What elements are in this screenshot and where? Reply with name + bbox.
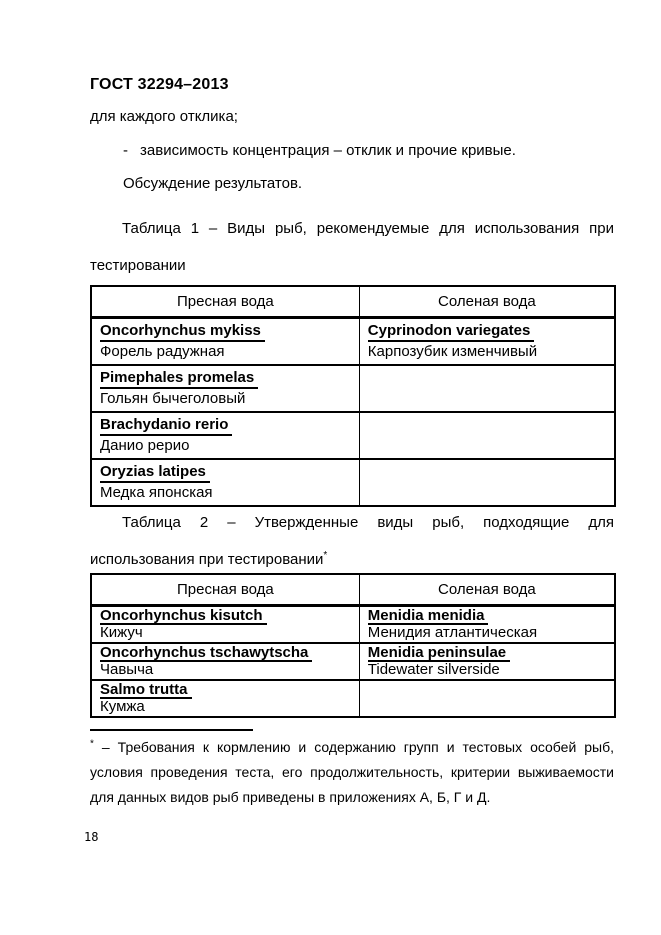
table1-caption: Таблица 1 – Виды рыб, рекомендуемые для …: [90, 210, 614, 284]
freshwater-cell: Pimephales promelas Гольян бычеголовый: [91, 365, 359, 412]
document-header: ГОСТ 32294–2013: [90, 76, 229, 94]
page-number: 18: [84, 830, 98, 844]
table-row: Oryzias latipes Медка японская: [91, 459, 615, 506]
table-row: Salmo trutta Кумжа: [91, 680, 615, 717]
saltwater-cell: Cyprinodon variegates Карпозубик изменчи…: [359, 318, 615, 366]
species-name: Oryzias latipes: [100, 462, 210, 483]
common-name: Tidewater silverside: [368, 662, 606, 677]
document-page: ГОСТ 32294–2013 для каждого отклика; -за…: [0, 0, 661, 935]
table2-header-row: Пресная вода Соленая вода: [91, 574, 615, 606]
common-name: Кумжа: [100, 699, 351, 714]
table2-header-saltwater: Соленая вода: [359, 574, 615, 606]
species-name: Oncorhynchus mykiss: [100, 321, 265, 342]
footnote-body: – Требования к кормлению и содержанию гр…: [90, 739, 614, 805]
common-name: Кижуч: [100, 625, 351, 640]
footnote-mark: *: [90, 738, 94, 749]
list-dash: -: [123, 142, 128, 159]
table-row: Pimephales promelas Гольян бычеголовый: [91, 365, 615, 412]
table1: Пресная вода Соленая вода Oncorhynchus m…: [90, 285, 616, 507]
table2-header-freshwater: Пресная вода: [91, 574, 359, 606]
list-item: -зависимость концентрация – отклик и про…: [123, 142, 516, 159]
table2-caption: Таблица 2 – Утвержденные виды рыб, подхо…: [90, 504, 614, 578]
species-name: Oncorhynchus tschawytscha: [100, 645, 312, 662]
freshwater-cell: Oryzias latipes Медка японская: [91, 459, 359, 506]
freshwater-cell: Oncorhynchus kisutch Кижуч: [91, 606, 359, 644]
saltwater-cell: Menidia peninsulae Tidewater silverside: [359, 643, 615, 680]
common-name: Чавыча: [100, 662, 351, 677]
saltwater-cell: [359, 459, 615, 506]
freshwater-cell: Oncorhynchus mykiss Форель радужная: [91, 318, 359, 366]
footnote-reference-mark: *: [323, 550, 327, 561]
footnote: * – Требования к кормлению и содержанию …: [90, 735, 614, 810]
table2: Пресная вода Соленая вода Oncorhynchus k…: [90, 573, 616, 718]
table2-caption-text: Таблица 2 – Утвержденные виды рыб, подхо…: [90, 514, 614, 568]
species-name: Salmo trutta: [100, 682, 192, 699]
freshwater-cell: Salmo trutta Кумжа: [91, 680, 359, 717]
saltwater-cell: [359, 680, 615, 717]
table-row: Oncorhynchus kisutch Кижуч Menidia menid…: [91, 606, 615, 644]
paragraph-discussion: Обсуждение результатов.: [123, 175, 302, 192]
list-item-text: зависимость концентрация – отклик и проч…: [140, 142, 516, 159]
saltwater-cell: [359, 412, 615, 459]
table-row: Brachydanio rerio Данио рерио: [91, 412, 615, 459]
species-name: Cyprinodon variegates: [368, 321, 535, 342]
table-row: Oncorhynchus mykiss Форель радужная Cypr…: [91, 318, 615, 366]
common-name: Гольян бычеголовый: [100, 389, 351, 408]
table1-header-saltwater: Соленая вода: [359, 286, 615, 318]
species-name: Pimephales promelas: [100, 368, 258, 389]
common-name: Медка японская: [100, 483, 351, 502]
footnote-separator: [90, 729, 253, 731]
common-name: Форель радужная: [100, 342, 351, 361]
common-name: Менидия атлантическая: [368, 625, 606, 640]
species-name: Menidia menidia: [368, 608, 489, 625]
saltwater-cell: [359, 365, 615, 412]
table-row: Oncorhynchus tschawytscha Чавыча Menidia…: [91, 643, 615, 680]
species-name: Brachydanio rerio: [100, 415, 232, 436]
common-name: Данио рерио: [100, 436, 351, 455]
freshwater-cell: Oncorhynchus tschawytscha Чавыча: [91, 643, 359, 680]
table1-header-row: Пресная вода Соленая вода: [91, 286, 615, 318]
paragraph-continuation: для каждого отклика;: [90, 108, 238, 125]
species-name: Menidia peninsulae: [368, 645, 510, 662]
freshwater-cell: Brachydanio rerio Данио рерио: [91, 412, 359, 459]
species-name: Oncorhynchus kisutch: [100, 608, 267, 625]
table1-header-freshwater: Пресная вода: [91, 286, 359, 318]
common-name: Карпозубик изменчивый: [368, 342, 606, 361]
saltwater-cell: Menidia menidia Менидия атлантическая: [359, 606, 615, 644]
